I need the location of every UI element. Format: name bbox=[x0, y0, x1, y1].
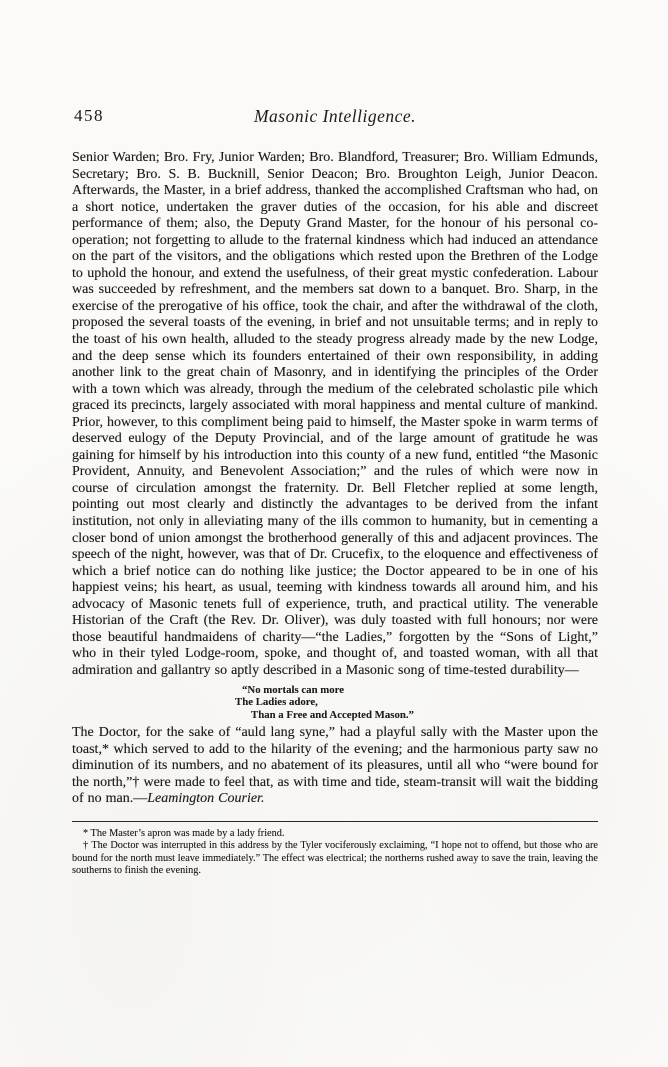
footnote-asterisk: * The Master’s apron was made by a lady … bbox=[72, 828, 598, 840]
verse-line: The Ladies adore, bbox=[235, 696, 598, 709]
footnote-divider bbox=[72, 821, 598, 822]
running-title: Masonic Intelligence. bbox=[72, 106, 598, 127]
scanned-page: 458 Masonic Intelligence. Senior Warden;… bbox=[0, 0, 668, 1067]
masonic-song-verse: “No mortals can more The Ladies adore, T… bbox=[242, 684, 598, 722]
footnotes-section: * The Master’s apron was made by a lady … bbox=[72, 828, 598, 877]
footnote-dagger: † The Doctor was interrupted in this add… bbox=[72, 840, 598, 877]
page-header: 458 Masonic Intelligence. bbox=[72, 104, 598, 150]
article-paragraph-1: Senior Warden; Bro. Fry, Junior Warden; … bbox=[72, 150, 598, 680]
verse-line: Than a Free and Accepted Mason.” bbox=[251, 709, 598, 722]
source-citation: Leamington Courier. bbox=[147, 791, 264, 806]
article-paragraph-2: The Doctor, for the sake of “auld lang s… bbox=[72, 725, 598, 808]
text-column: 458 Masonic Intelligence. Senior Warden;… bbox=[72, 104, 598, 877]
verse-line: “No mortals can more bbox=[242, 684, 598, 697]
footnote-marker: † bbox=[83, 840, 89, 851]
footnote-text: The Master’s apron was made by a lady fr… bbox=[91, 828, 285, 839]
footnote-marker: * bbox=[83, 828, 88, 839]
footnote-text: The Doctor was interrupted in this addre… bbox=[72, 840, 598, 876]
